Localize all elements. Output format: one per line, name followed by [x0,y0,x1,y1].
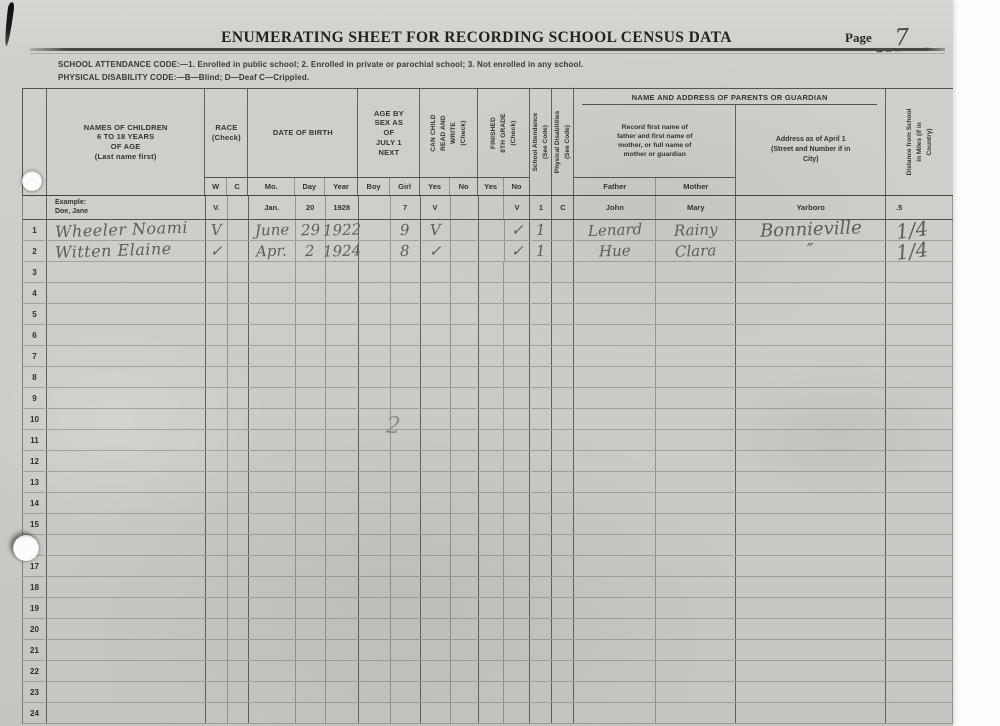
cell-dist [886,577,953,597]
table-row: 4 [22,283,953,304]
cell-boy [359,241,391,261]
cell-father [574,703,656,723]
cell-name [47,262,206,282]
cell-year [326,703,359,723]
cell-c [228,577,249,597]
cell-mother [656,493,736,513]
cell-c [228,493,249,513]
cell-day [296,451,326,471]
table-row: 8 [22,367,953,388]
cell-boy [359,388,391,408]
cell-dist [886,346,953,366]
cell-father [574,472,656,492]
cell-father [574,430,656,450]
cell-name [47,640,206,660]
cell-girl [391,304,421,324]
cell-fno [504,304,530,324]
cell-num: 11 [23,430,47,450]
cell-dis [552,367,574,387]
cell-fyes [479,196,505,219]
cell-mo [249,472,296,492]
cell-rno [451,325,479,345]
example-fno: V [514,203,519,212]
read-write-header-label: CAN CHILD READ AND WRITE (Check) [429,78,469,188]
cell-num: 2 [23,241,47,261]
cell-att [530,388,552,408]
cell-address [736,367,886,387]
cell-dist [886,703,953,723]
cell-girl [391,703,421,723]
cell-num: 21 [23,640,47,660]
cell-rno [451,640,479,660]
cell-boy [359,283,391,303]
entry-num: 17 [30,562,39,571]
cell-att [530,325,552,345]
cell-name [47,577,206,597]
cell-mother [656,388,736,408]
cell-ryes [421,493,451,513]
cell-mother: Clara [656,241,736,261]
cell-year [326,451,359,471]
cell-c [228,556,249,576]
cell-year [326,514,359,534]
cell-fno [504,661,530,681]
cell-mother [656,682,736,702]
cell-dis [552,640,574,660]
cell-mother [656,619,736,639]
cell-num: 1 [23,220,47,240]
table-row: 15 [22,514,953,535]
cell-father [574,346,656,366]
cell-fno: V [504,196,530,219]
entry-num: 15 [30,520,39,529]
cell-father: John [574,196,656,219]
cell-fno [504,451,530,471]
subheader-boy: Boy [358,178,389,195]
cell-mo [249,325,296,345]
cell-rno [451,388,479,408]
cell-att [530,577,552,597]
address-header-label: Address as of April 1 (Street and Number… [736,105,885,195]
cell-year [326,556,359,576]
table-row: 21 [22,640,953,661]
cell-boy [359,493,391,513]
cell-fno: ✓ [505,241,531,261]
entry-year: 1924 [322,243,361,259]
cell-dist [886,619,953,639]
cell-year [326,493,359,513]
cell-address [736,325,886,345]
table-row: 6 [22,325,953,346]
table-row: 20 [22,619,953,640]
cell-address [736,619,886,639]
cell-num: 14 [23,493,47,513]
cell-name [47,367,206,387]
cell-girl [391,514,421,534]
cell-dist [886,493,953,513]
cell-boy [359,196,391,219]
table-row: 16 [22,535,953,556]
cell-address [736,640,886,660]
cell-fno [504,640,530,660]
cell-dis [552,304,574,324]
cell-girl [391,325,421,345]
cell-rno [451,472,479,492]
cell-c [228,220,249,240]
cell-fyes [479,472,505,492]
cell-fno [504,514,530,534]
cell-boy [359,661,391,681]
cell-fno [504,598,530,618]
cell-fyes [479,703,505,723]
cell-dis: C [552,196,574,219]
cell-fyes [479,241,505,261]
entry-name: Witten Elaine [55,241,172,261]
cell-address [736,346,886,366]
subheader-w: W [205,178,227,195]
cell-day [296,514,326,534]
cell-fno [504,262,530,282]
cell-ryes [421,577,451,597]
cell-c [228,451,249,471]
cell-rno [451,196,479,219]
cell-dist [886,682,953,702]
cell-name: Wheeler Noami [47,220,206,240]
cell-att [530,367,552,387]
cell-att: 1 [530,241,552,261]
cell-w: V. [206,196,228,219]
cell-att: 1 [530,220,552,240]
entry-num: 11 [30,436,38,445]
cell-day [296,304,326,324]
entry-mother: Clara [675,243,717,259]
example-mo: Jan. [264,203,279,212]
cell-rno [451,535,479,555]
cell-c [228,472,249,492]
cell-day [296,493,326,513]
entry-girl: 9 [400,222,410,237]
cell-name [47,661,206,681]
cell-address: Yarboro [736,196,886,219]
cell-name [47,682,206,702]
cell-dist [886,430,953,450]
cell-w [206,682,228,702]
table-row: 13 [22,472,953,493]
cell-name [47,619,206,639]
cell-year [326,640,359,660]
cell-ryes [421,430,451,450]
cell-dist [886,535,953,555]
cell-year: 1924 [326,241,359,261]
cell-w [206,304,228,324]
cell-mo [249,388,296,408]
cell-boy [359,640,391,660]
cell-fno [504,325,530,345]
entry-num: 20 [30,625,39,634]
cell-boy [359,682,391,702]
cell-day [296,598,326,618]
cell-rno [451,514,479,534]
cell-fyes [479,304,505,324]
cell-rno [451,430,479,450]
cell-w [206,262,228,282]
cell-att [530,703,552,723]
cell-year [326,283,359,303]
entry-num: 4 [32,289,36,298]
cell-w [206,493,228,513]
cell-fyes [479,220,505,240]
cell-fno [504,577,530,597]
cell-girl [391,661,421,681]
cell-mother [656,262,736,282]
entry-ryes: V [429,222,440,237]
cell-num: 22 [23,661,47,681]
cell-c [228,682,249,702]
cell-mo [249,430,296,450]
cell-c [228,535,249,555]
cell-dis [552,430,574,450]
cell-fyes [479,598,505,618]
cell-dist [886,325,953,345]
cell-day [296,556,326,576]
cell-girl: 7 [391,196,421,219]
example-dist: .5 [896,203,902,212]
cell-att [530,283,552,303]
cell-day [296,703,326,723]
cell-father [574,304,656,324]
cell-address [736,262,886,282]
scanned-census-sheet: ENUMERATING SHEET FOR RECORDING SCHOOL C… [0,0,1000,726]
cell-girl: 9 [391,220,421,240]
table-row: 23 [22,682,953,703]
cell-mo [249,451,296,471]
cell-dis [552,682,574,702]
entry-num: 18 [30,583,39,592]
cell-ryes [421,346,451,366]
cell-num: 9 [23,388,47,408]
cell-c [228,367,249,387]
cell-c [228,325,249,345]
cell-father [574,514,656,534]
cell-w [206,640,228,660]
cell-boy [359,451,391,471]
cell-mo [249,598,296,618]
example-day: 20 [306,203,314,212]
cell-fyes [479,619,505,639]
age-header: AGE BY SEX AS OF JULY 1 NEXT Boy Girl [358,89,420,195]
subheader-girl: Girl [390,178,420,195]
entry-num: 21 [30,646,39,655]
parents-record-box: Record first name of father and first na… [574,105,736,195]
entry-num: 3 [32,268,36,277]
cell-girl [391,535,421,555]
cell-dist [886,451,953,471]
cell-mo [249,556,296,576]
cell-num: 4 [23,283,47,303]
page-label: Page [845,30,872,45]
cell-dis [552,598,574,618]
page-title: ENUMERATING SHEET FOR RECORDING SCHOOL C… [0,29,953,47]
entry-num: 6 [32,331,36,340]
cell-mo [249,703,296,723]
cell-mo [249,619,296,639]
cell-boy [359,598,391,618]
cell-w [206,514,228,534]
entry-num: 19 [30,604,39,613]
cell-girl [391,619,421,639]
entry-address: ″ [807,242,814,260]
cell-c [228,241,249,261]
cell-att [530,262,552,282]
cell-father: Hue [574,241,656,261]
entry-mo: Apr. [256,243,287,259]
cell-num: 23 [23,682,47,702]
cell-father: Lenard [574,220,656,240]
cell-w [206,283,228,303]
cell-girl [391,346,421,366]
cell-day [296,661,326,681]
cell-ryes [421,451,451,471]
cell-mo: June [249,220,296,240]
cell-dist [886,262,953,282]
cell-address [736,535,886,555]
cell-dis [552,409,574,429]
cell-year [326,367,359,387]
cell-mo [249,682,296,702]
cell-rno [451,682,479,702]
example-ryes: V [433,203,438,212]
cell-fyes [479,409,505,429]
cell-att [530,682,552,702]
cell-ryes: ✓ [421,241,451,261]
cell-day [296,619,326,639]
cell-girl [391,472,421,492]
cell-boy [359,304,391,324]
cell-fno [504,619,530,639]
cell-father [574,598,656,618]
cell-mother [656,535,736,555]
cell-year [326,346,359,366]
cell-num: 7 [23,346,47,366]
cell-name [47,304,206,324]
entry-day: 29 [300,222,320,238]
cell-w [206,535,228,555]
cell-dis [552,703,574,723]
cell-name [47,283,206,303]
cell-dist [886,367,953,387]
cell-dis [552,388,574,408]
example-girl: 7 [403,203,407,212]
cell-father [574,367,656,387]
cell-rno [451,409,479,429]
read-write-header: CAN CHILD READ AND WRITE (Check) Yes No [420,89,478,195]
cell-mother [656,451,736,471]
attendance-header-label: School Attendance (See Code) [531,87,551,197]
dob-header: DATE OF BIRTH Mo. Day Year [248,89,358,195]
cell-rno [451,367,479,387]
cell-dist [886,514,953,534]
example-dis: C [560,203,565,212]
cell-year [326,430,359,450]
cell-year [326,262,359,282]
cell-girl [391,493,421,513]
subheader-c: C [227,178,248,195]
cell-c [228,388,249,408]
cell-name [47,325,206,345]
cell-mother: Mary [656,196,736,219]
cell-father [574,409,656,429]
cell-fno [504,283,530,303]
cell-att [530,430,552,450]
cell-mo [249,283,296,303]
cell-year [326,661,359,681]
table-row: 14 [22,493,953,514]
cell-mo [249,577,296,597]
cell-boy [359,703,391,723]
cell-dis [552,283,574,303]
cell-year [326,619,359,639]
title-rule [30,48,945,51]
cell-fno [504,703,530,723]
cell-ryes [421,535,451,555]
cell-att [530,304,552,324]
dob-header-label: DATE OF BIRTH [248,89,357,177]
cell-dis [552,619,574,639]
cell-address [736,283,886,303]
cell-day [296,325,326,345]
cell-year [326,304,359,324]
cell-fno [504,430,530,450]
entry-w: ✓ [210,243,223,258]
cell-fyes [479,367,505,387]
cell-name: Example: Doe, Jane [47,196,206,219]
cell-mother [656,409,736,429]
cell-girl [391,367,421,387]
cell-fyes [479,388,505,408]
cell-address [736,598,886,618]
cell-mo: Apr. [249,241,296,261]
cell-name [47,472,206,492]
cell-mother [656,514,736,534]
cell-mo [249,304,296,324]
cell-girl [391,262,421,282]
entry-num: 8 [32,373,36,382]
cell-fyes [479,430,505,450]
disabilities-header-label: Physical Disabilities (See Code) [553,87,573,197]
cell-day [296,535,326,555]
cell-day [296,283,326,303]
cell-year [326,577,359,597]
example-w: V. [213,203,219,212]
entry-num: 24 [30,709,39,718]
cell-ryes [421,703,451,723]
entry-w: V [211,222,222,237]
cell-c [228,304,249,324]
cell-boy [359,325,391,345]
cell-dis [552,346,574,366]
cell-mother [656,640,736,660]
cell-w [206,661,228,681]
cell-ryes [421,367,451,387]
finished-8th-header: FINISHED 8TH GRADE (Check) Yes No [478,89,530,195]
cell-address [736,409,886,429]
entry-num: 9 [32,394,36,403]
cell-rno [451,661,479,681]
cell-c [228,409,249,429]
cell-att [530,556,552,576]
cell-ryes [421,304,451,324]
entry-mo: June [254,222,289,238]
